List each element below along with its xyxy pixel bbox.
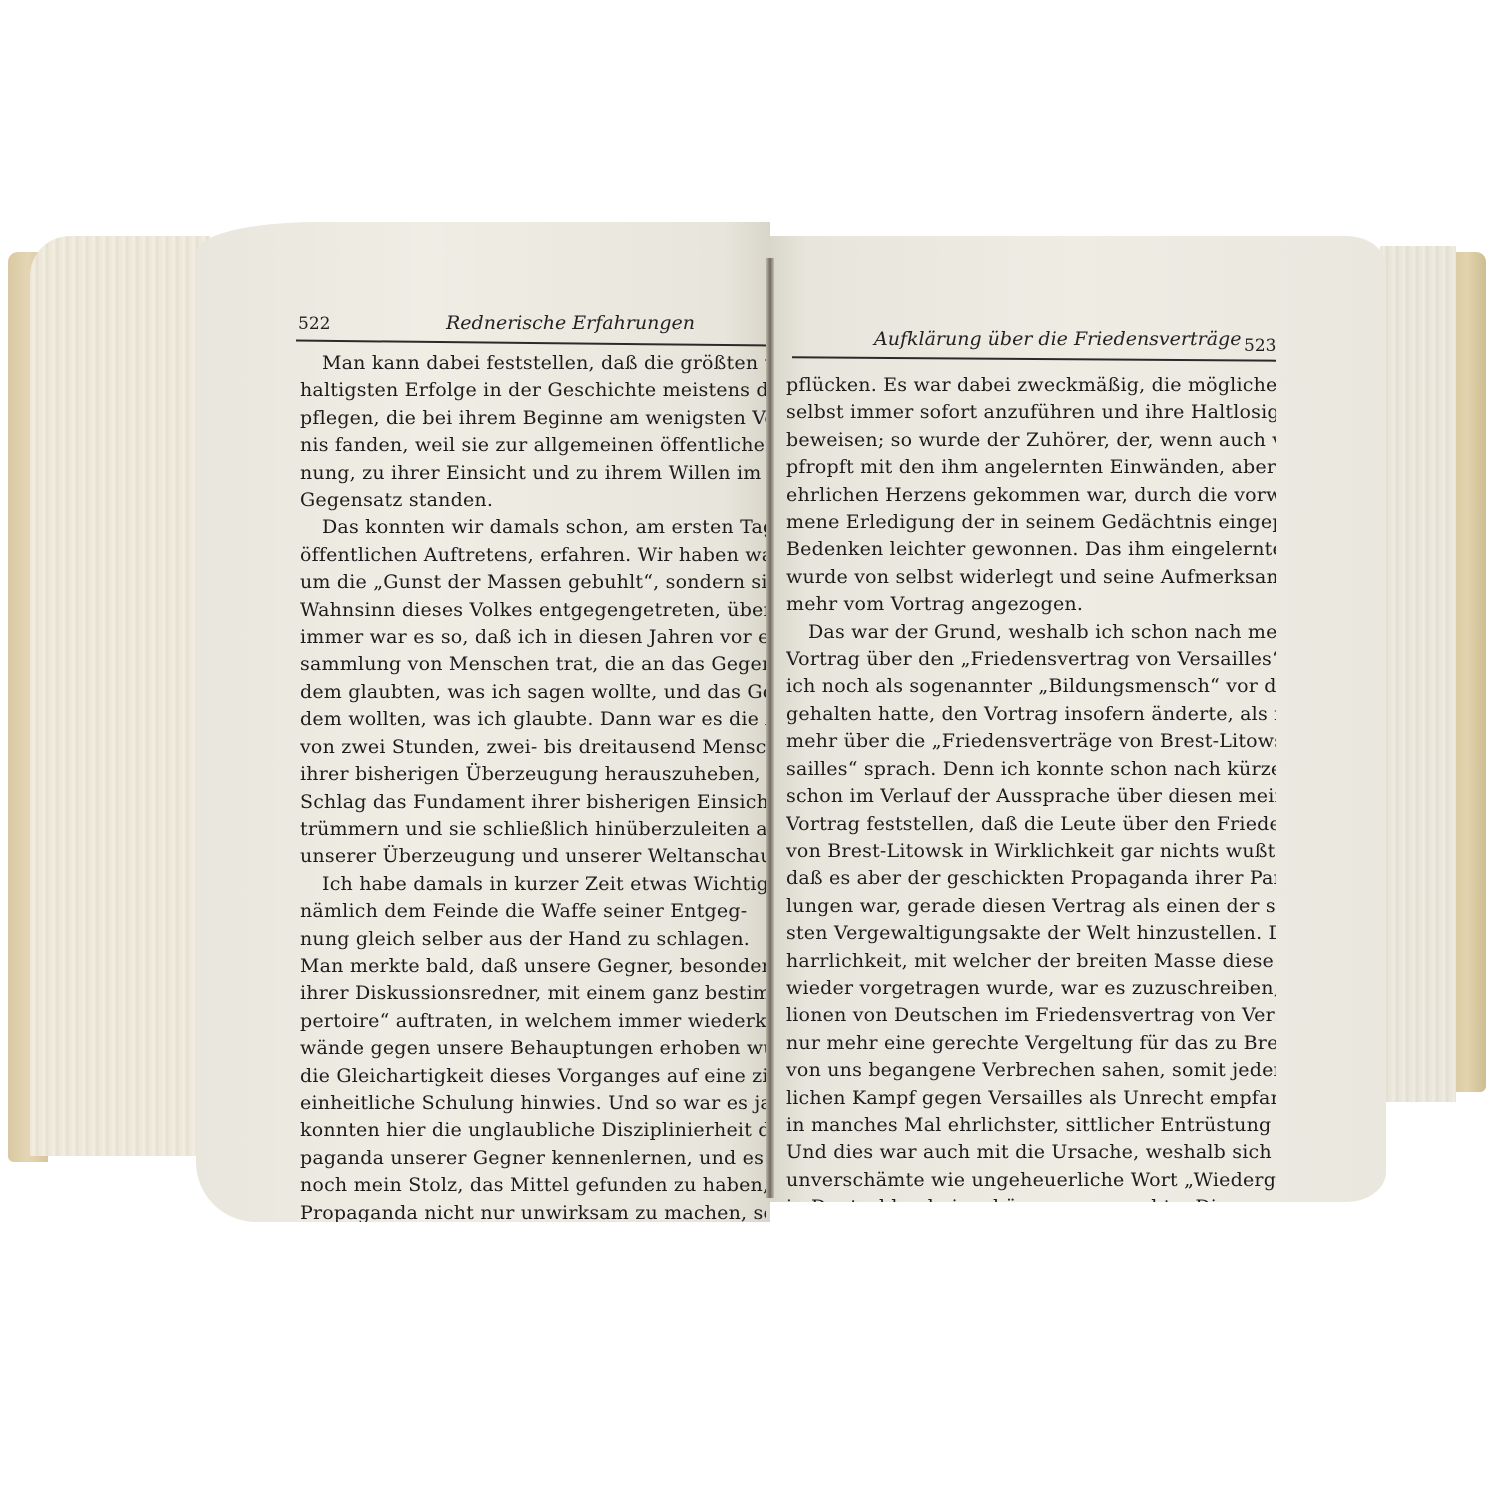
text-line: immer war es so, daß ich in diesen Jahre… [300, 624, 766, 651]
text-line: Vortrag feststellen, daß die Leute über … [786, 811, 1276, 838]
text-line: Vortrag über den „Friedensvertrag von Ve… [786, 646, 1276, 673]
right-page: Aufklärung über die Friedensverträge 523… [770, 236, 1386, 1202]
text-line: sailles“ sprach. Denn ich konnte schon n… [786, 756, 1276, 783]
text-line: Man kann dabei feststellen, daß die größ… [300, 350, 766, 377]
text-line: sten Vergewaltigungsakte der Welt hinzus… [786, 920, 1276, 947]
text-line: Wahnsinn dieses Volkes entgegengetreten,… [300, 597, 766, 624]
text-line: wieder vorgetragen wurde, war es zuzusch… [786, 975, 1276, 1002]
text-line: ihrer Diskussionsredner, mit einem ganz … [300, 980, 766, 1007]
page-stack-right [1380, 246, 1456, 1102]
text-line: mene Erledigung der in seinem Gedächtnis… [786, 509, 1276, 536]
text-line: wände gegen unsere Behauptungen erhoben … [300, 1035, 766, 1062]
text-line: Das konnten wir damals schon, am ersten … [300, 514, 766, 541]
text-line: pflücken. Es war dabei zweckmäßig, die m… [786, 372, 1276, 399]
text-line: ihrer bisherigen Überzeugung herauszuheb… [300, 761, 766, 788]
right-running-head: Aufklärung über die Friedensverträge [874, 328, 1241, 350]
text-line: öffentlichen Auftretens, erfahren. Wir h… [300, 542, 766, 569]
text-line: um die „Gunst der Massen gebuhlt“, sonde… [300, 569, 766, 596]
left-page-number: 522 [298, 314, 330, 334]
text-line: pflegen, die bei ihrem Beginne am wenigs… [300, 405, 766, 432]
text-line: wurde von selbst widerlegt und seine Auf… [786, 564, 1276, 591]
right-page-body: pflücken. Es war dabei zweckmäßig, die m… [786, 372, 1276, 1202]
text-line: die Gleichartigkeit dieses Vorganges auf… [300, 1063, 766, 1090]
text-line: nung gleich selber aus der Hand zu schla… [300, 926, 766, 953]
open-book: 522 Rednerische Erfahrungen Man kann dab… [0, 0, 1496, 1496]
text-line: mehr vom Vortrag angezogen. [786, 591, 1276, 618]
text-line: dem glaubten, was ich sagen wollte, und … [300, 679, 766, 706]
text-line: daß es aber der geschickten Propaganda i… [786, 865, 1276, 892]
text-line: sammlung von Menschen trat, die an das G… [300, 651, 766, 678]
text-line: nung, zu ihrer Einsicht und zu ihrem Wil… [300, 460, 766, 487]
text-line: haltigsten Erfolge in der Geschichte mei… [300, 377, 766, 404]
text-line: Das war der Grund, weshalb ich schon nac… [786, 619, 1276, 646]
text-line: von Brest-Litowsk in Wirklichkeit gar ni… [786, 838, 1276, 865]
text-line: von uns begangene Verbrechen sahen, somi… [786, 1057, 1276, 1084]
book-gutter [766, 258, 774, 1198]
left-page: 522 Rednerische Erfahrungen Man kann dab… [196, 222, 770, 1222]
left-page-body: Man kann dabei feststellen, daß die größ… [300, 350, 766, 1222]
text-line: lichen Kampf gegen Versailles als Unrech… [786, 1085, 1276, 1112]
text-line: lungen war, gerade diesen Vertrag als ei… [786, 893, 1276, 920]
text-line: beweisen; so wurde der Zuhörer, der, wen… [786, 427, 1276, 454]
text-line: pertoire“ auftraten, in welchem immer wi… [300, 1008, 766, 1035]
text-line: dem wollten, was ich glaubte. Dann war e… [300, 706, 766, 733]
text-line: lionen von Deutschen im Friedensvertrag … [786, 1002, 1276, 1029]
right-header-rule [792, 356, 1276, 361]
left-running-head: Rednerische Erfahrungen [446, 312, 695, 334]
text-line: schon im Verlauf der Aussprache über die… [786, 783, 1276, 810]
text-line: Und dies war auch mit die Ursache, wesha… [786, 1139, 1276, 1166]
right-page-number: 523 [1244, 336, 1276, 356]
text-line: Gegensatz standen. [300, 487, 766, 514]
text-line: noch mein Stolz, das Mittel gefunden zu … [300, 1172, 766, 1199]
text-line: unserer Überzeugung und unserer Weltansc… [300, 843, 766, 870]
text-line: Propaganda nicht nur unwirksam zu machen… [300, 1200, 766, 1222]
text-line: von zwei Stunden, zwei- bis dreitausend … [300, 734, 766, 761]
text-line: selbst immer sofort anzuführen und ihre … [786, 399, 1276, 426]
text-line: trümmern und sie schließlich hinüberzule… [300, 816, 766, 843]
text-line: Man merkte bald, daß unsere Gegner, beso… [300, 953, 766, 980]
text-line: nur mehr eine gerechte Vergeltung für da… [786, 1030, 1276, 1057]
text-line: nämlich dem Feinde die Waffe seiner Entg… [300, 898, 766, 925]
text-line: harrlichkeit, mit welcher der breiten Ma… [786, 948, 1276, 975]
text-line: nis fanden, weil sie zur allgemeinen öff… [300, 432, 766, 459]
text-line: in Deutschland einzubürgern vermochte. D… [786, 1194, 1276, 1202]
page-stack-left [30, 236, 210, 1156]
text-line: in manches Mal ehrlichster, sittlicher E… [786, 1112, 1276, 1139]
text-line: ehrlichen Herzens gekommen war, durch di… [786, 482, 1276, 509]
text-line: pfropft mit den ihm angelernten Einwände… [786, 454, 1276, 481]
text-line: ich noch als sogenannter „Bildungsmensch… [786, 673, 1276, 700]
text-line: konnten hier die unglaubliche Disziplini… [300, 1117, 766, 1144]
text-line: einheitliche Schulung hinwies. Und so wa… [300, 1090, 766, 1117]
text-line: Ich habe damals in kurzer Zeit etwas Wic… [300, 871, 766, 898]
text-line: unverschämte wie ungeheuerliche Wort „Wi… [786, 1167, 1276, 1194]
text-line: Schlag das Fundament ihrer bisherigen Ei… [300, 789, 766, 816]
text-line: paganda unserer Gegner kennenlernen, und… [300, 1145, 766, 1172]
text-line: mehr über die „Friedensverträge von Bres… [786, 728, 1276, 755]
text-line: Bedenken leichter gewonnen. Das ihm eing… [786, 536, 1276, 563]
text-line: gehalten hatte, den Vortrag insofern änd… [786, 701, 1276, 728]
left-header-rule [296, 340, 766, 347]
